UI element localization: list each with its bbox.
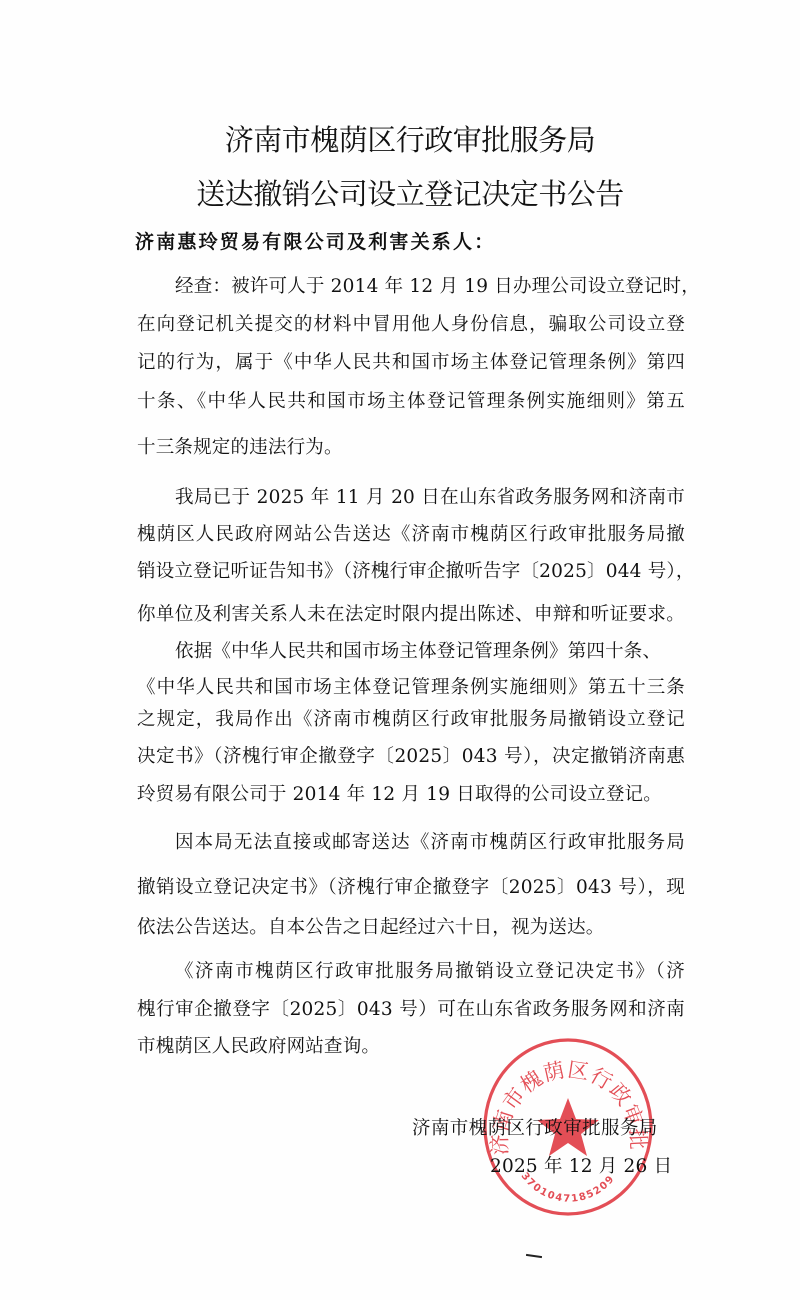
paragraph-line: 因本局无法直接或邮寄送达《济南市槐荫区行政审批服务局 [175,828,685,858]
document-page: 济南市槐荫区行政审批服务局 送达撤销公司设立登记决定书公告 济南惠玲贸易有限公司… [0,0,800,1300]
paragraph-line: 《济南市槐荫区行政审批服务局撤销设立登记决定书》（济 [175,957,685,987]
paragraph-line: 经查：被许可人于 2014 年 12 月 19 日办理公司设立登记时， [175,272,685,302]
paragraph-line: 记的行为，属于《中华人民共和国市场主体登记管理条例》第四 [137,348,685,378]
signature-date: 2025 年 12 月 26 日 [490,1152,672,1178]
document-title-line2: 送达撤销公司设立登记决定书公告 [0,172,800,213]
paragraph-line: 槐行审企撤登字〔2025〕043 号）可在山东省政务服务网和济南 [137,995,685,1025]
paragraph-line: 依据《中华人民共和国市场主体登记管理条例》第四十条、 [175,637,685,667]
signature-organization: 济南市槐荫区行政审批服务局 [412,1114,658,1140]
paragraph-line: 依法公告送达。自本公告之日起经过六十日，视为送达。 [137,913,685,943]
paragraph-line: 销设立登记听证告知书》（济槐行审企撤听告字〔2025〕044 号）， [137,557,685,587]
paragraph-line: 十三条规定的违法行为。 [137,433,685,463]
addressee: 济南惠玲贸易有限公司及利害关系人： [135,227,495,254]
paragraph-line: 槐荫区人民政府网站公告送达《济南市槐荫区行政审批服务局撤 [137,520,685,550]
paragraph-line: 决定书》（济槐行审企撤登字〔2025〕043 号），决定撤销济南惠 [137,742,685,772]
paragraph-line: 你单位及利害关系人未在法定时限内提出陈述、申辩和听证要求。 [137,600,685,630]
paragraph-line: 之规定，我局作出《济南市槐荫区行政审批服务局撤销设立登记 [137,705,685,735]
paragraph-line: 《中华人民共和国市场主体登记管理条例实施细则》第五十三条 [137,673,685,703]
document-title-line1: 济南市槐荫区行政审批服务局 [0,118,800,159]
paragraph-line: 我局已于 2025 年 11 月 20 日在山东省政务服务网和济南市 [175,483,685,513]
paragraph-line: 十条、《中华人民共和国市场主体登记管理条例实施细则》第五 [137,387,685,417]
paragraph-line: 在向登记机关提交的材料中冒用他人身份信息，骗取公司设立登 [137,310,685,340]
paragraph-line: 玲贸易有限公司于 2014 年 12 月 19 日取得的公司设立登记。 [137,780,685,810]
stray-mark [526,1254,542,1258]
paragraph-line: 撤销设立登记决定书》（济槐行审企撤登字〔2025〕043 号），现 [137,873,685,903]
